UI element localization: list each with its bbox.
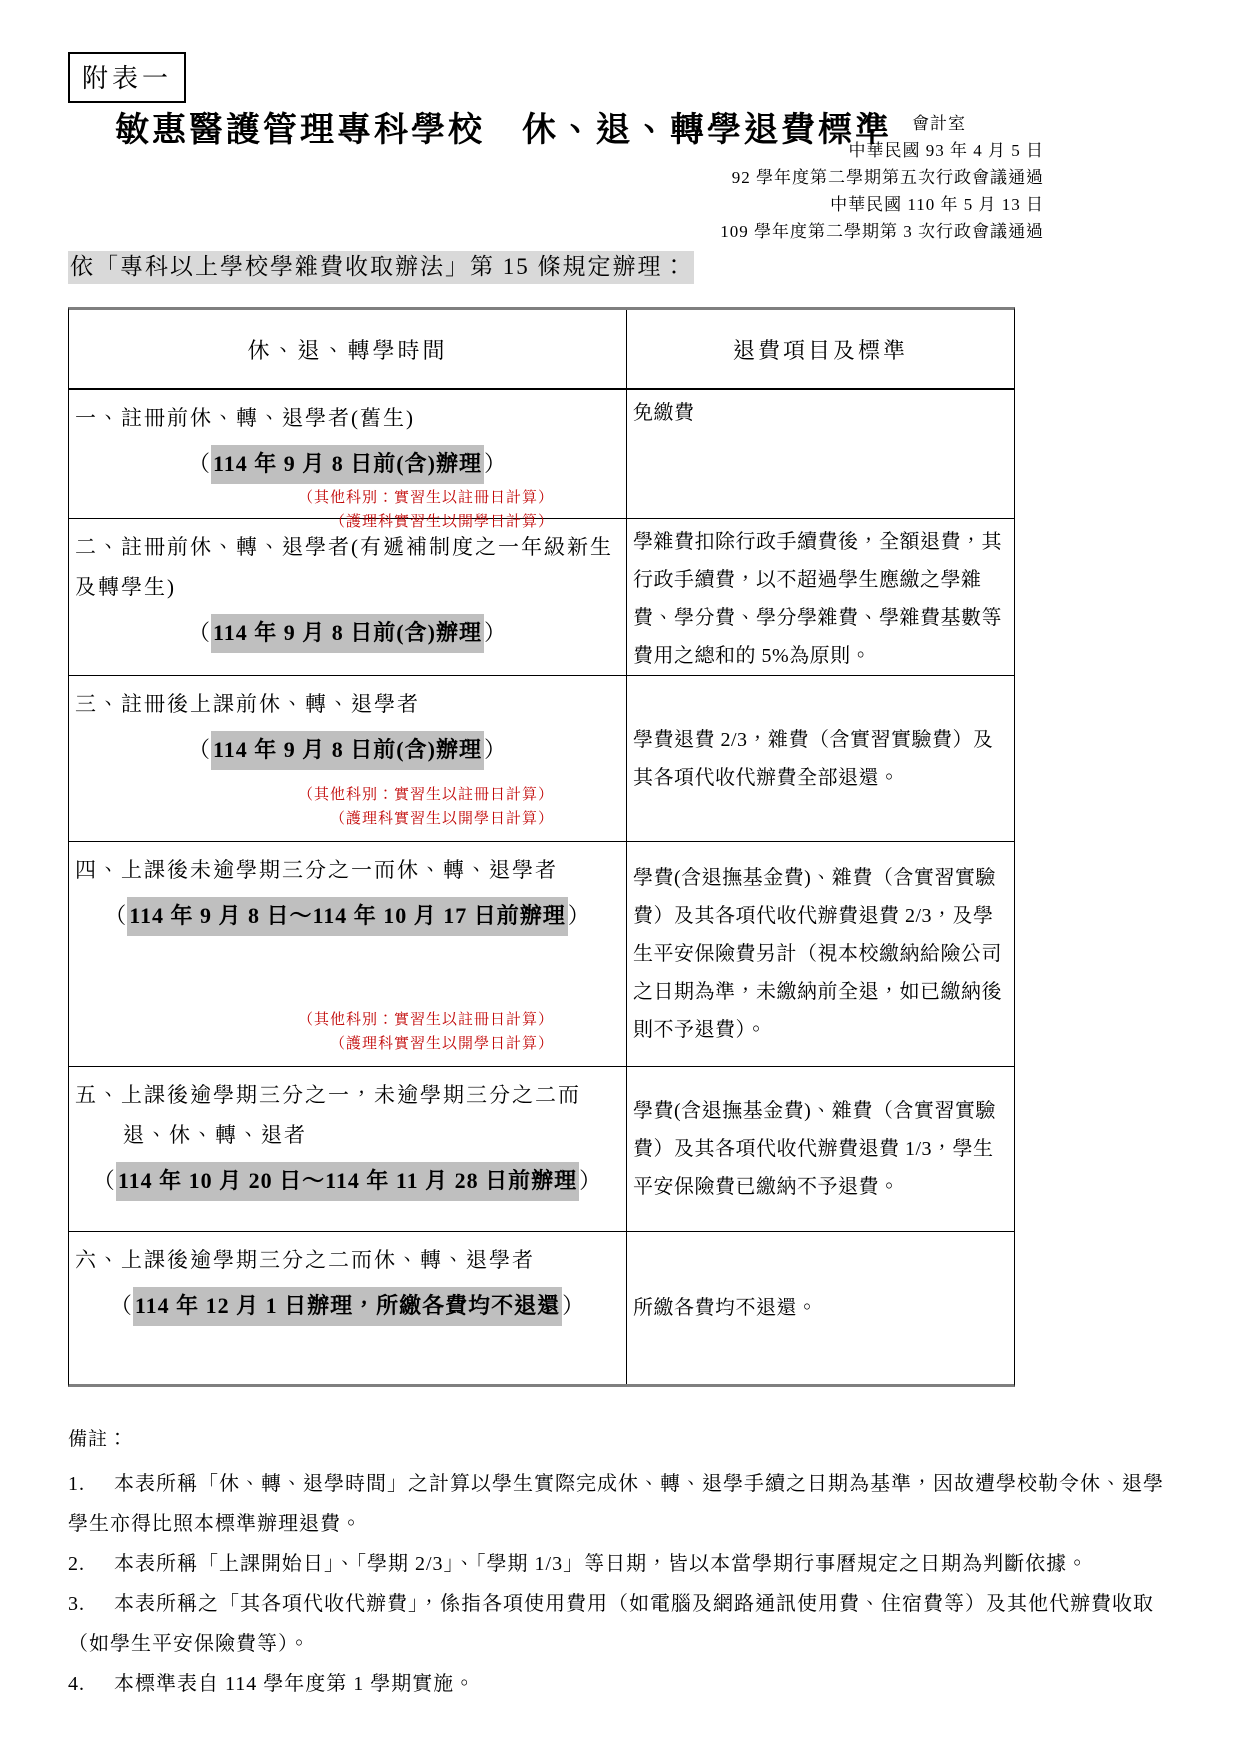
date-paren-close: ） xyxy=(568,903,591,928)
row-title: 四、上課後未逾學期三分之一而休、轉、退學者 xyxy=(75,850,620,890)
refund-text: 學雜費扣除行政手續費後，全額退費，其行政手續費，以不超過學生應繳之學雜費、學分費… xyxy=(633,523,1010,675)
red-note: （其他科別：實習生以註冊日計算） xyxy=(75,1008,554,1032)
appendix-tag: 附表一 xyxy=(68,52,186,103)
date-paren-close: ） xyxy=(579,1168,602,1193)
row-title: 二、註冊前休、轉、退學者(有遞補制度之一年級新生及轉學生) xyxy=(75,527,620,607)
date-paren-open: （ xyxy=(93,1168,116,1193)
refund-text: 學費(含退撫基金費)、雜費（含實習實驗費）及其各項代收代辦費退費 2/3，及學生… xyxy=(633,859,1010,1049)
refund-text: 所繳各費均不退還。 xyxy=(633,1289,1010,1327)
approval-line: 中華民國 93 年 4 月 5 日 xyxy=(720,137,1044,164)
remark-number: 1. xyxy=(68,1464,114,1504)
time-cell: 四、上課後未逾學期三分之一而休、轉、退學者 （114 年 9 月 8 日～114… xyxy=(69,842,627,1066)
refund-cell: 免繳費 xyxy=(627,390,1014,518)
table-row: 一、註冊前休、轉、退學者(舊生) （114 年 9 月 8 日前(含)辦理） （… xyxy=(69,388,1014,518)
remark-text: 本標準表自 114 學年度第 1 學期實施。 xyxy=(114,1673,475,1695)
refund-text: 學費(含退撫基金費)、雜費（含實習實驗費）及其各項代收代辦費退費 1/3，學生平… xyxy=(633,1092,1010,1206)
time-cell: 三、註冊後上課前休、轉、退學者 （114 年 9 月 8 日前(含)辦理） （其… xyxy=(69,676,627,841)
approval-block: 會計室 中華民國 93 年 4 月 5 日 92 學年度第二學期第五次行政會議通… xyxy=(720,110,1044,245)
refund-cell: 學費(含退撫基金費)、雜費（含實習實驗費）及其各項代收代辦費退費 1/3，學生平… xyxy=(627,1067,1014,1231)
intro-highlight: 依「專科以上學校學雜費收取辦法」第 15 條規定辦理： xyxy=(68,251,694,284)
time-cell: 一、註冊前休、轉、退學者(舊生) （114 年 9 月 8 日前(含)辦理） （… xyxy=(69,390,627,518)
row-date: （114 年 9 月 8 日～114 年 10 月 17 日前辦理） xyxy=(75,896,620,936)
red-note: （護理科實習生以開學日計算） xyxy=(75,807,554,831)
remark-text: 本表所稱「上課開始日」、「學期 2/3」、「學期 1/3」等日期，皆以本當學期行… xyxy=(114,1553,1088,1575)
table-header-refund: 退費項目及標準 xyxy=(627,310,1014,388)
remark-number: 4. xyxy=(68,1664,114,1704)
row-date: （114 年 9 月 8 日前(含)辦理） xyxy=(75,613,620,653)
date-paren-close: ） xyxy=(484,451,507,476)
refund-table: 休、退、轉學時間 退費項目及標準 一、註冊前休、轉、退學者(舊生) （114 年… xyxy=(68,307,1015,1387)
row-title: 三、註冊後上課前休、轉、退學者 xyxy=(75,684,620,724)
office-label: 會計室 xyxy=(720,110,1044,137)
remark-item: 3.本表所稱之「其各項代收代辦費」，係指各項使用費用（如電腦及網路通訊使用費、住… xyxy=(68,1584,1183,1664)
table-row: 三、註冊後上課前休、轉、退學者 （114 年 9 月 8 日前(含)辦理） （其… xyxy=(69,675,1014,841)
date-highlight: 114 年 10 月 20 日～114 年 11 月 28 日前辦理 xyxy=(116,1162,579,1201)
remarks-section: 備註： 1.本表所稱「休、轉、退學時間」之計算以學生實際完成休、轉、退學手續之日… xyxy=(68,1420,1183,1704)
date-paren-open: （ xyxy=(110,1293,133,1318)
refund-cell: 學費退費 2/3，雜費（含實習實驗費）及其各項代收代辦費全部退還。 xyxy=(627,676,1014,841)
date-paren-close: ） xyxy=(484,620,507,645)
row-date: （114 年 9 月 8 日前(含)辦理） xyxy=(75,444,620,484)
intro-line: 依「專科以上學校學雜費收取辦法」第 15 條規定辦理： xyxy=(68,248,694,281)
date-paren-close: ） xyxy=(562,1293,585,1318)
red-notes: （其他科別：實習生以註冊日計算） （護理科實習生以開學日計算） xyxy=(75,783,620,831)
refund-cell: 所繳各費均不退還。 xyxy=(627,1232,1014,1384)
approval-line: 92 學年度第二學期第五次行政會議通過 xyxy=(720,164,1044,191)
refund-cell: 學費(含退撫基金費)、雜費（含實習實驗費）及其各項代收代辦費退費 2/3，及學生… xyxy=(627,842,1014,1066)
date-paren-open: （ xyxy=(188,451,211,476)
table-header-time: 休、退、轉學時間 xyxy=(69,310,627,388)
date-highlight: 114 年 9 月 8 日前(含)辦理 xyxy=(211,445,484,484)
row-title: 一、註冊前休、轉、退學者(舊生) xyxy=(75,398,620,438)
remark-item: 4.本標準表自 114 學年度第 1 學期實施。 xyxy=(68,1664,1183,1704)
red-note: （其他科別：實習生以註冊日計算） xyxy=(75,486,554,510)
red-note: （其他科別：實習生以註冊日計算） xyxy=(75,783,554,807)
time-cell: 六、上課後逾學期三分之二而休、轉、退學者 （114 年 12 月 1 日辦理，所… xyxy=(69,1232,627,1384)
date-paren-open: （ xyxy=(188,737,211,762)
date-paren-open: （ xyxy=(188,620,211,645)
refund-text: 免繳費 xyxy=(633,394,1010,432)
date-highlight: 114 年 9 月 8 日～114 年 10 月 17 日前辦理 xyxy=(127,897,568,936)
document-page: 附表一 敏惠醫護管理專科學校 休、退、轉學退費標準 會計室 中華民國 93 年 … xyxy=(0,0,1241,1755)
remark-number: 3. xyxy=(68,1584,114,1624)
time-cell: 五、上課後逾學期三分之一，未逾學期三分之二而 退、休、轉、退者 （114 年 1… xyxy=(69,1067,627,1231)
row-title: 六、上課後逾學期三分之二而休、轉、退學者 xyxy=(75,1240,620,1280)
red-note: （護理科實習生以開學日計算） xyxy=(75,1032,554,1056)
remarks-heading: 備註： xyxy=(68,1420,1183,1460)
row-title-line2: 退、休、轉、退者 xyxy=(75,1115,620,1155)
refund-text: 學費退費 2/3，雜費（含實習實驗費）及其各項代收代辦費全部退還。 xyxy=(633,721,1010,797)
remark-text: 本表所稱「休、轉、退學時間」之計算以學生實際完成休、轉、退學手續之日期為基準，因… xyxy=(68,1473,1164,1535)
table-row: 二、註冊前休、轉、退學者(有遞補制度之一年級新生及轉學生) （114 年 9 月… xyxy=(69,518,1014,675)
date-highlight: 114 年 9 月 8 日前(含)辦理 xyxy=(211,731,484,770)
approval-line: 109 學年度第二學期第 3 次行政會議通過 xyxy=(720,218,1044,245)
row-date: （114 年 12 月 1 日辦理，所繳各費均不退還） xyxy=(75,1286,620,1326)
remark-item: 1.本表所稱「休、轉、退學時間」之計算以學生實際完成休、轉、退學手續之日期為基準… xyxy=(68,1464,1183,1544)
table-row: 四、上課後未逾學期三分之一而休、轉、退學者 （114 年 9 月 8 日～114… xyxy=(69,841,1014,1066)
date-paren-close: ） xyxy=(484,737,507,762)
table-row: 六、上課後逾學期三分之二而休、轉、退學者 （114 年 12 月 1 日辦理，所… xyxy=(69,1231,1014,1384)
refund-cell: 學雜費扣除行政手續費後，全額退費，其行政手續費，以不超過學生應繳之學雜費、學分費… xyxy=(627,519,1014,675)
remark-item: 2.本表所稱「上課開始日」、「學期 2/3」、「學期 1/3」等日期，皆以本當學… xyxy=(68,1544,1183,1584)
time-cell: 二、註冊前休、轉、退學者(有遞補制度之一年級新生及轉學生) （114 年 9 月… xyxy=(69,519,627,675)
table-header-row: 休、退、轉學時間 退費項目及標準 xyxy=(69,310,1014,388)
table-row: 五、上課後逾學期三分之一，未逾學期三分之二而 退、休、轉、退者 （114 年 1… xyxy=(69,1066,1014,1231)
remark-number: 2. xyxy=(68,1544,114,1584)
date-paren-open: （ xyxy=(104,903,127,928)
date-highlight: 114 年 12 月 1 日辦理，所繳各費均不退還 xyxy=(133,1287,562,1326)
remark-text: 本表所稱之「其各項代收代辦費」，係指各項使用費用（如電腦及網路通訊使用費、住宿費… xyxy=(68,1593,1154,1655)
row-date: （114 年 9 月 8 日前(含)辦理） xyxy=(75,730,620,770)
row-title: 五、上課後逾學期三分之一，未逾學期三分之二而 xyxy=(75,1075,620,1115)
date-highlight: 114 年 9 月 8 日前(含)辦理 xyxy=(211,614,484,653)
red-notes: （其他科別：實習生以註冊日計算） （護理科實習生以開學日計算） xyxy=(75,1008,620,1056)
approval-line: 中華民國 110 年 5 月 13 日 xyxy=(720,191,1044,218)
row-date: （114 年 10 月 20 日～114 年 11 月 28 日前辦理） xyxy=(75,1161,620,1201)
